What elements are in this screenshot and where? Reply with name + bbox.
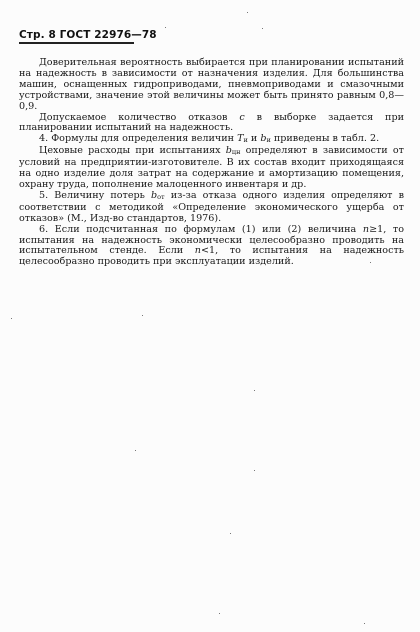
paragraph-text: Доверительная вероятность выбирается при… (19, 57, 404, 112)
math-condition: ≥1 (369, 224, 383, 235)
scan-speck (11, 318, 12, 319)
scan-speck (142, 315, 143, 316)
paragraph-text: приведены в табл. 2. (271, 133, 379, 144)
math-condition: <1 (201, 245, 215, 256)
paragraph-text: 6. Если подсчитанная по формулам (1) или… (39, 224, 363, 235)
scan-speck (165, 27, 166, 28)
scan-speck (219, 613, 220, 614)
paragraph-text: Цеховые расходы при испытаниях (39, 145, 226, 156)
math-subscript: от (157, 193, 165, 201)
scan-speck (254, 390, 255, 391)
scan-speck (135, 450, 136, 451)
paragraph-allowed-failures: Допускаемое количество отказов c в выбор… (19, 113, 404, 135)
paragraph-text: 4. Формулы для определения величин (39, 133, 237, 144)
scan-speck (247, 12, 248, 13)
paragraph-shop-costs: Цеховые расходы при испытаниях bцн опред… (19, 146, 404, 191)
scan-speck (370, 262, 371, 263)
header-divider (19, 42, 134, 44)
paragraph-text: 5. Величину потерь (39, 190, 151, 201)
scan-speck (230, 533, 231, 534)
scan-speck (364, 623, 365, 624)
scan-speck (262, 28, 263, 29)
page-header: Стр. 8 ГОСТ 22976—78 (19, 29, 157, 41)
paragraph-item-6: 6. Если подсчитанная по формулам (1) или… (19, 225, 404, 269)
paragraph-text: Допускаемое количество отказов (39, 112, 239, 123)
document-body: Доверительная вероятность выбирается при… (19, 58, 404, 268)
paragraph-confidence: Доверительная вероятность выбирается при… (19, 58, 404, 113)
scan-speck (254, 470, 255, 471)
paragraph-item-5: 5. Величину потерь bот из-за отказа одно… (19, 191, 404, 225)
paragraph-text: и (248, 133, 261, 144)
